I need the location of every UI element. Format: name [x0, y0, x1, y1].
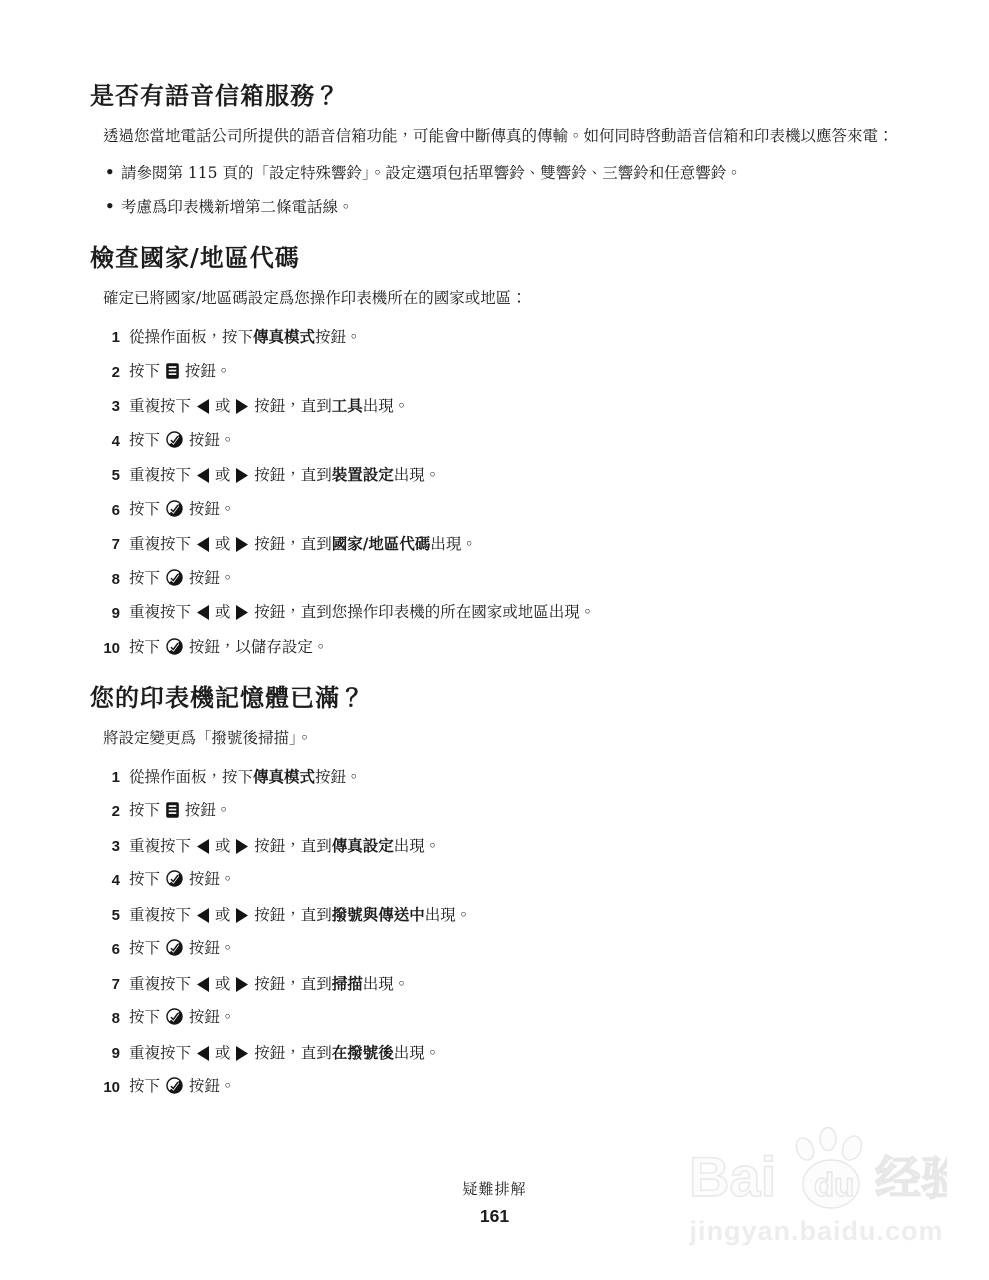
- step-text: 按下 按鈕。: [129, 362, 918, 382]
- right-arrow-icon: [236, 605, 248, 620]
- step-item: 10按下 按鈕，以儲存設定。: [90, 638, 918, 658]
- step-text: 重複按下 或 按鈕，直到撥號與傳送中出現。: [129, 905, 918, 925]
- ui-string: 傳真設定: [332, 836, 394, 855]
- right-arrow-icon: [236, 1046, 248, 1061]
- step-text: 按下 按鈕，以儲存設定。: [129, 638, 918, 658]
- left-arrow-icon: [197, 399, 209, 414]
- step-text: 從操作面板，按下傳真模式按鈕。: [129, 327, 918, 347]
- select-icon: [166, 431, 183, 448]
- step-text: 從操作面板，按下傳真模式按鈕。: [129, 767, 918, 787]
- watermark-bai-text: Bai: [689, 1145, 776, 1208]
- ui-string: 掃描: [332, 974, 363, 993]
- left-arrow-icon: [197, 468, 209, 483]
- bullet-item: •請參閱第 115 頁的「設定特殊響鈴」。設定選項包括單響鈴、雙響鈴、三響鈴和任…: [103, 162, 918, 184]
- step-item: 4按下 按鈕。: [90, 870, 918, 890]
- step-item: 9重複按下 或 按鈕，直到在撥號後出現。: [90, 1043, 918, 1063]
- step-number: 5: [90, 465, 120, 485]
- left-arrow-icon: [197, 537, 209, 552]
- step-number: 1: [90, 327, 120, 347]
- baidu-logo: Bai du 经验: [687, 1124, 947, 1216]
- section: 檢查國家/地區代碼確定已將國家/地區碼設定爲您操作印表機所在的國家或地區：1從操…: [90, 244, 918, 658]
- step-text: 按下 按鈕。: [129, 1077, 918, 1097]
- right-arrow-icon: [236, 839, 248, 854]
- right-arrow-icon: [236, 977, 248, 992]
- step-number: 1: [90, 767, 120, 787]
- right-arrow-icon: [236, 537, 248, 552]
- page-content: 是否有語音信箱服務？透過您當地電話公司所提供的語音信箱功能，可能會中斷傳真的傳輸…: [90, 82, 918, 1112]
- step-number: 5: [90, 905, 120, 925]
- ui-string: 在撥號後: [332, 1043, 394, 1062]
- step-number: 9: [90, 1043, 120, 1063]
- section-intro: 透過您當地電話公司所提供的語音信箱功能，可能會中斷傳真的傳輸。如何同時啓動語音信…: [103, 125, 918, 148]
- step-item: 10按下 按鈕。: [90, 1077, 918, 1097]
- step-item: 9重複按下 或 按鈕，直到您操作印表機的所在國家或地區出現。: [90, 603, 918, 623]
- step-item: 1從操作面板，按下傳真模式按鈕。: [90, 327, 918, 347]
- step-text: 重複按下 或 按鈕，直到在撥號後出現。: [129, 1043, 918, 1063]
- step-number: 6: [90, 500, 120, 520]
- section-title: 檢查國家/地區代碼: [90, 244, 918, 272]
- step-item: 5重複按下 或 按鈕，直到撥號與傳送中出現。: [90, 905, 918, 925]
- step-item: 6按下 按鈕。: [90, 500, 918, 520]
- step-number: 10: [90, 1077, 120, 1097]
- section: 您的印表機記憶體已滿？將設定變更爲「撥號後掃描」。1從操作面板，按下傳真模式按鈕…: [90, 684, 918, 1098]
- step-item: 3重複按下 或 按鈕，直到傳真設定出現。: [90, 836, 918, 856]
- select-icon: [166, 1008, 183, 1025]
- step-number: 10: [90, 638, 120, 658]
- step-text: 重複按下 或 按鈕，直到傳真設定出現。: [129, 836, 918, 856]
- step-text: 重複按下 或 按鈕，直到掃描出現。: [129, 974, 918, 994]
- select-icon: [166, 569, 183, 586]
- step-text: 按下 按鈕。: [129, 939, 918, 959]
- step-number: 3: [90, 836, 120, 856]
- section-intro: 確定已將國家/地區碼設定爲您操作印表機所在的國家或地區：: [103, 287, 918, 310]
- select-icon: [166, 870, 183, 887]
- right-arrow-icon: [236, 399, 248, 414]
- step-item: 7重複按下 或 按鈕，直到國家/地區代碼出現。: [90, 534, 918, 554]
- step-item: 1從操作面板，按下傳真模式按鈕。: [90, 767, 918, 787]
- step-text: 重複按下 或 按鈕，直到工具出現。: [129, 396, 918, 416]
- step-text: 重複按下 或 按鈕，直到國家/地區代碼出現。: [129, 534, 918, 554]
- section-title: 您的印表機記憶體已滿？: [90, 684, 918, 712]
- left-arrow-icon: [197, 839, 209, 854]
- step-item: 8按下 按鈕。: [90, 1008, 918, 1028]
- step-list: 1從操作面板，按下傳真模式按鈕。2按下 按鈕。3重複按下 或 按鈕，直到傳真設定…: [90, 767, 918, 1098]
- step-number: 7: [90, 974, 120, 994]
- bullet-text: 請參閱第 115 頁的「設定特殊響鈴」。設定選項包括單響鈴、雙響鈴、三響鈴和任意…: [121, 164, 742, 182]
- step-item: 2按下 按鈕。: [90, 362, 918, 382]
- step-list: 1從操作面板，按下傳真模式按鈕。2按下 按鈕。3重複按下 或 按鈕，直到工具出現…: [90, 327, 918, 658]
- left-arrow-icon: [197, 605, 209, 620]
- ui-string: 傳真模式: [253, 767, 315, 786]
- step-number: 7: [90, 534, 120, 554]
- step-text: 重複按下 或 按鈕，直到裝置設定出現。: [129, 465, 918, 485]
- bullet-text: 考慮爲印表機新增第二條電話線。: [121, 198, 354, 216]
- left-arrow-icon: [197, 1046, 209, 1061]
- bullet-list: •請參閱第 115 頁的「設定特殊響鈴」。設定選項包括單響鈴、雙響鈴、三響鈴和任…: [103, 162, 918, 218]
- step-item: 7重複按下 或 按鈕，直到掃描出現。: [90, 974, 918, 994]
- step-text: 按下 按鈕。: [129, 801, 918, 821]
- section: 是否有語音信箱服務？透過您當地電話公司所提供的語音信箱功能，可能會中斷傳真的傳輸…: [90, 82, 918, 218]
- step-number: 6: [90, 939, 120, 959]
- ui-string: 國家/地區代碼: [332, 534, 431, 553]
- step-number: 2: [90, 801, 120, 821]
- watermark-cn-text: 经验: [875, 1151, 947, 1205]
- ui-string: 撥號與傳送中: [332, 905, 425, 924]
- select-icon: [166, 638, 183, 655]
- step-text: 按下 按鈕。: [129, 870, 918, 890]
- select-icon: [166, 500, 183, 517]
- section-intro: 將設定變更爲「撥號後掃描」。: [103, 727, 918, 750]
- step-item: 5重複按下 或 按鈕，直到裝置設定出現。: [90, 465, 918, 485]
- step-number: 8: [90, 1008, 120, 1028]
- menu-icon: [166, 363, 179, 379]
- step-item: 8按下 按鈕。: [90, 569, 918, 589]
- step-text: 按下 按鈕。: [129, 500, 918, 520]
- right-arrow-icon: [236, 468, 248, 483]
- manual-page: 是否有語音信箱服務？透過您當地電話公司所提供的語音信箱功能，可能會中斷傳真的傳輸…: [0, 0, 989, 1280]
- baidu-watermark: Bai du 经验 jingyan.baidu.com: [684, 1124, 949, 1247]
- select-icon: [166, 1077, 183, 1094]
- step-item: 3重複按下 或 按鈕，直到工具出現。: [90, 396, 918, 416]
- step-item: 4按下 按鈕。: [90, 431, 918, 451]
- step-number: 4: [90, 870, 120, 890]
- watermark-url: jingyan.baidu.com: [684, 1216, 949, 1247]
- step-text: 按下 按鈕。: [129, 431, 918, 451]
- step-text: 按下 按鈕。: [129, 1008, 918, 1028]
- step-number: 8: [90, 569, 120, 589]
- bullet-marker-icon: •: [105, 161, 115, 183]
- right-arrow-icon: [236, 908, 248, 923]
- step-text: 重複按下 或 按鈕，直到您操作印表機的所在國家或地區出現。: [129, 603, 918, 623]
- ui-string: 裝置設定: [332, 465, 394, 484]
- select-icon: [166, 939, 183, 956]
- ui-string: 工具: [332, 396, 363, 415]
- bullet-marker-icon: •: [105, 195, 115, 217]
- bullet-item: •考慮爲印表機新增第二條電話線。: [103, 196, 918, 218]
- left-arrow-icon: [197, 977, 209, 992]
- ui-string: 傳真模式: [253, 327, 315, 346]
- step-number: 2: [90, 362, 120, 382]
- step-text: 按下 按鈕。: [129, 569, 918, 589]
- step-item: 6按下 按鈕。: [90, 939, 918, 959]
- step-number: 9: [90, 603, 120, 623]
- step-number: 3: [90, 396, 120, 416]
- section-title: 是否有語音信箱服務？: [90, 82, 918, 110]
- watermark-du-text: du: [814, 1166, 854, 1203]
- step-item: 2按下 按鈕。: [90, 801, 918, 821]
- left-arrow-icon: [197, 908, 209, 923]
- step-number: 4: [90, 431, 120, 451]
- menu-icon: [166, 802, 179, 818]
